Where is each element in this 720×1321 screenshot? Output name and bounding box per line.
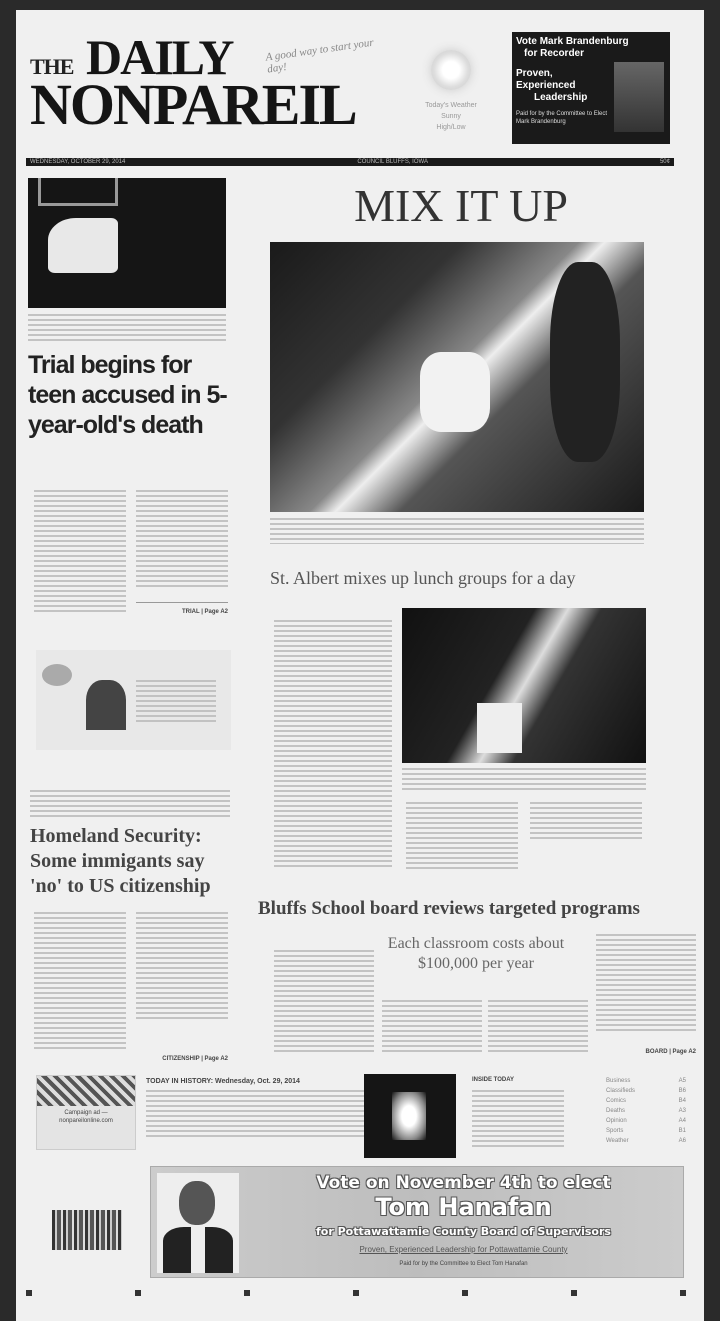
homeland-body-col1 — [34, 912, 126, 1050]
inside-teasers — [472, 1090, 564, 1150]
scratch-ad-text: Campaign ad — nonpareilonline.com — [37, 1106, 135, 1128]
index-row[interactable]: ComicsB4 — [606, 1096, 686, 1106]
vote-ad-fine-print: Paid for by the Committee to Elect Tom H… — [246, 1261, 681, 1267]
lunch-photo[interactable] — [402, 608, 646, 763]
trial-jump[interactable]: TRIAL | Page A2 — [166, 608, 228, 616]
masthead-tagline: A good way to start your day! — [265, 36, 377, 75]
homeland-jump[interactable]: CITIZENSHIP | Page A2 — [156, 1055, 228, 1063]
scratch-ad[interactable]: Campaign ad — nonpareilonline.com — [36, 1075, 136, 1150]
main-photo-caption — [270, 518, 644, 544]
today-in-history-body — [146, 1090, 366, 1140]
school-board-headline[interactable]: Bluffs School board reviews targeted pro… — [258, 898, 698, 920]
trial-body-col2 — [136, 490, 228, 590]
weather-box: Today's Weather Sunny High/Low — [416, 50, 486, 133]
date-bar: WEDNESDAY, OCTOBER 29, 2014 COUNCIL BLUF… — [26, 158, 674, 166]
id-card-graphic — [36, 650, 231, 750]
index-row[interactable]: WeatherA6 — [606, 1136, 686, 1146]
board-pullquote: Each classroom costs about $100,000 per … — [376, 934, 576, 974]
index-row[interactable]: BusinessA5 — [606, 1076, 686, 1086]
vote-ad-line3: for Pottawattamie County Board of Superv… — [246, 1225, 681, 1238]
feature-body-col3 — [530, 802, 642, 842]
today-in-history-header: TODAY IN HISTORY: Wednesday, Oct. 29, 20… — [146, 1078, 366, 1086]
vote-ad-line1: Vote on November 4th to elect — [246, 1173, 681, 1193]
weather-line: High/Low — [416, 122, 486, 133]
newspaper-front-page: THE DAILY NONPAREIL A good way to start … — [16, 10, 704, 1321]
candidate-photo — [157, 1173, 239, 1273]
vote-ad-line4: Proven, Experienced Leadership for Potta… — [246, 1245, 681, 1254]
homeland-caption — [30, 790, 230, 818]
homeland-headline[interactable]: Homeland Security: Some immigants say 'n… — [30, 824, 240, 899]
promo-line: for Recorder — [516, 48, 666, 60]
feature-body-col1 — [274, 620, 392, 870]
id-photo — [86, 680, 126, 730]
feature-body-col2 — [406, 802, 518, 872]
candidate-photo — [614, 62, 664, 132]
index-row[interactable]: DeathsA3 — [606, 1106, 686, 1116]
homeland-body-col2 — [136, 912, 228, 1022]
masthead-nonpareil: NONPAREIL — [30, 76, 356, 134]
inside-header: INSIDE TODAY — [472, 1076, 562, 1084]
board-jump[interactable]: BOARD | Page A2 — [616, 1048, 696, 1056]
date-text: WEDNESDAY, OCTOBER 29, 2014 — [26, 158, 129, 166]
price-text: 50¢ — [656, 158, 674, 166]
main-feature-photo[interactable] — [270, 242, 644, 512]
trial-photo-caption — [28, 314, 226, 344]
weather-line: Today's Weather — [416, 100, 486, 111]
board-body-col2 — [382, 1000, 482, 1055]
index-list: BusinessA5 ClassifiedsB6 ComicsB4 Deaths… — [606, 1076, 686, 1146]
campaign-promo-box[interactable]: Vote Mark Brandenburg for Recorder Prove… — [512, 32, 670, 144]
index-row[interactable]: OpinionA4 — [606, 1116, 686, 1126]
promo-fine-print: Paid for by the Committee to Elect Mark … — [516, 110, 616, 126]
promo-line: Proven, Experienced — [516, 68, 611, 92]
index-row[interactable]: ClassifiedsB6 — [606, 1086, 686, 1096]
feature-subhead[interactable]: St. Albert mixes up lunch groups for a d… — [270, 568, 670, 589]
vote-ad-candidate-name: Tom Hanafan — [246, 1193, 681, 1221]
promo-line: Vote Mark Brandenburg — [516, 36, 666, 48]
barcode — [52, 1210, 122, 1250]
board-body-col4 — [596, 934, 696, 1034]
board-body-col1 — [274, 950, 374, 1055]
trial-headline[interactable]: Trial begins for teen accused in 5-year-… — [28, 350, 238, 440]
trial-photo[interactable] — [28, 178, 226, 308]
board-body-col3 — [488, 1000, 588, 1055]
sun-icon — [431, 50, 471, 90]
trial-body-col1 — [34, 490, 126, 615]
location-text: COUNCIL BLUFFS, IOWA — [353, 158, 432, 166]
lunch-photo-caption — [402, 768, 646, 790]
registration-marks — [26, 1290, 686, 1296]
vote-ad-banner[interactable]: Vote on November 4th to elect Tom Hanafa… — [150, 1166, 684, 1278]
weather-line: Sunny — [416, 111, 486, 122]
feature-kicker[interactable]: MIX IT UP — [266, 178, 656, 234]
index-row[interactable]: SportsB1 — [606, 1126, 686, 1136]
star-photo — [364, 1074, 456, 1158]
